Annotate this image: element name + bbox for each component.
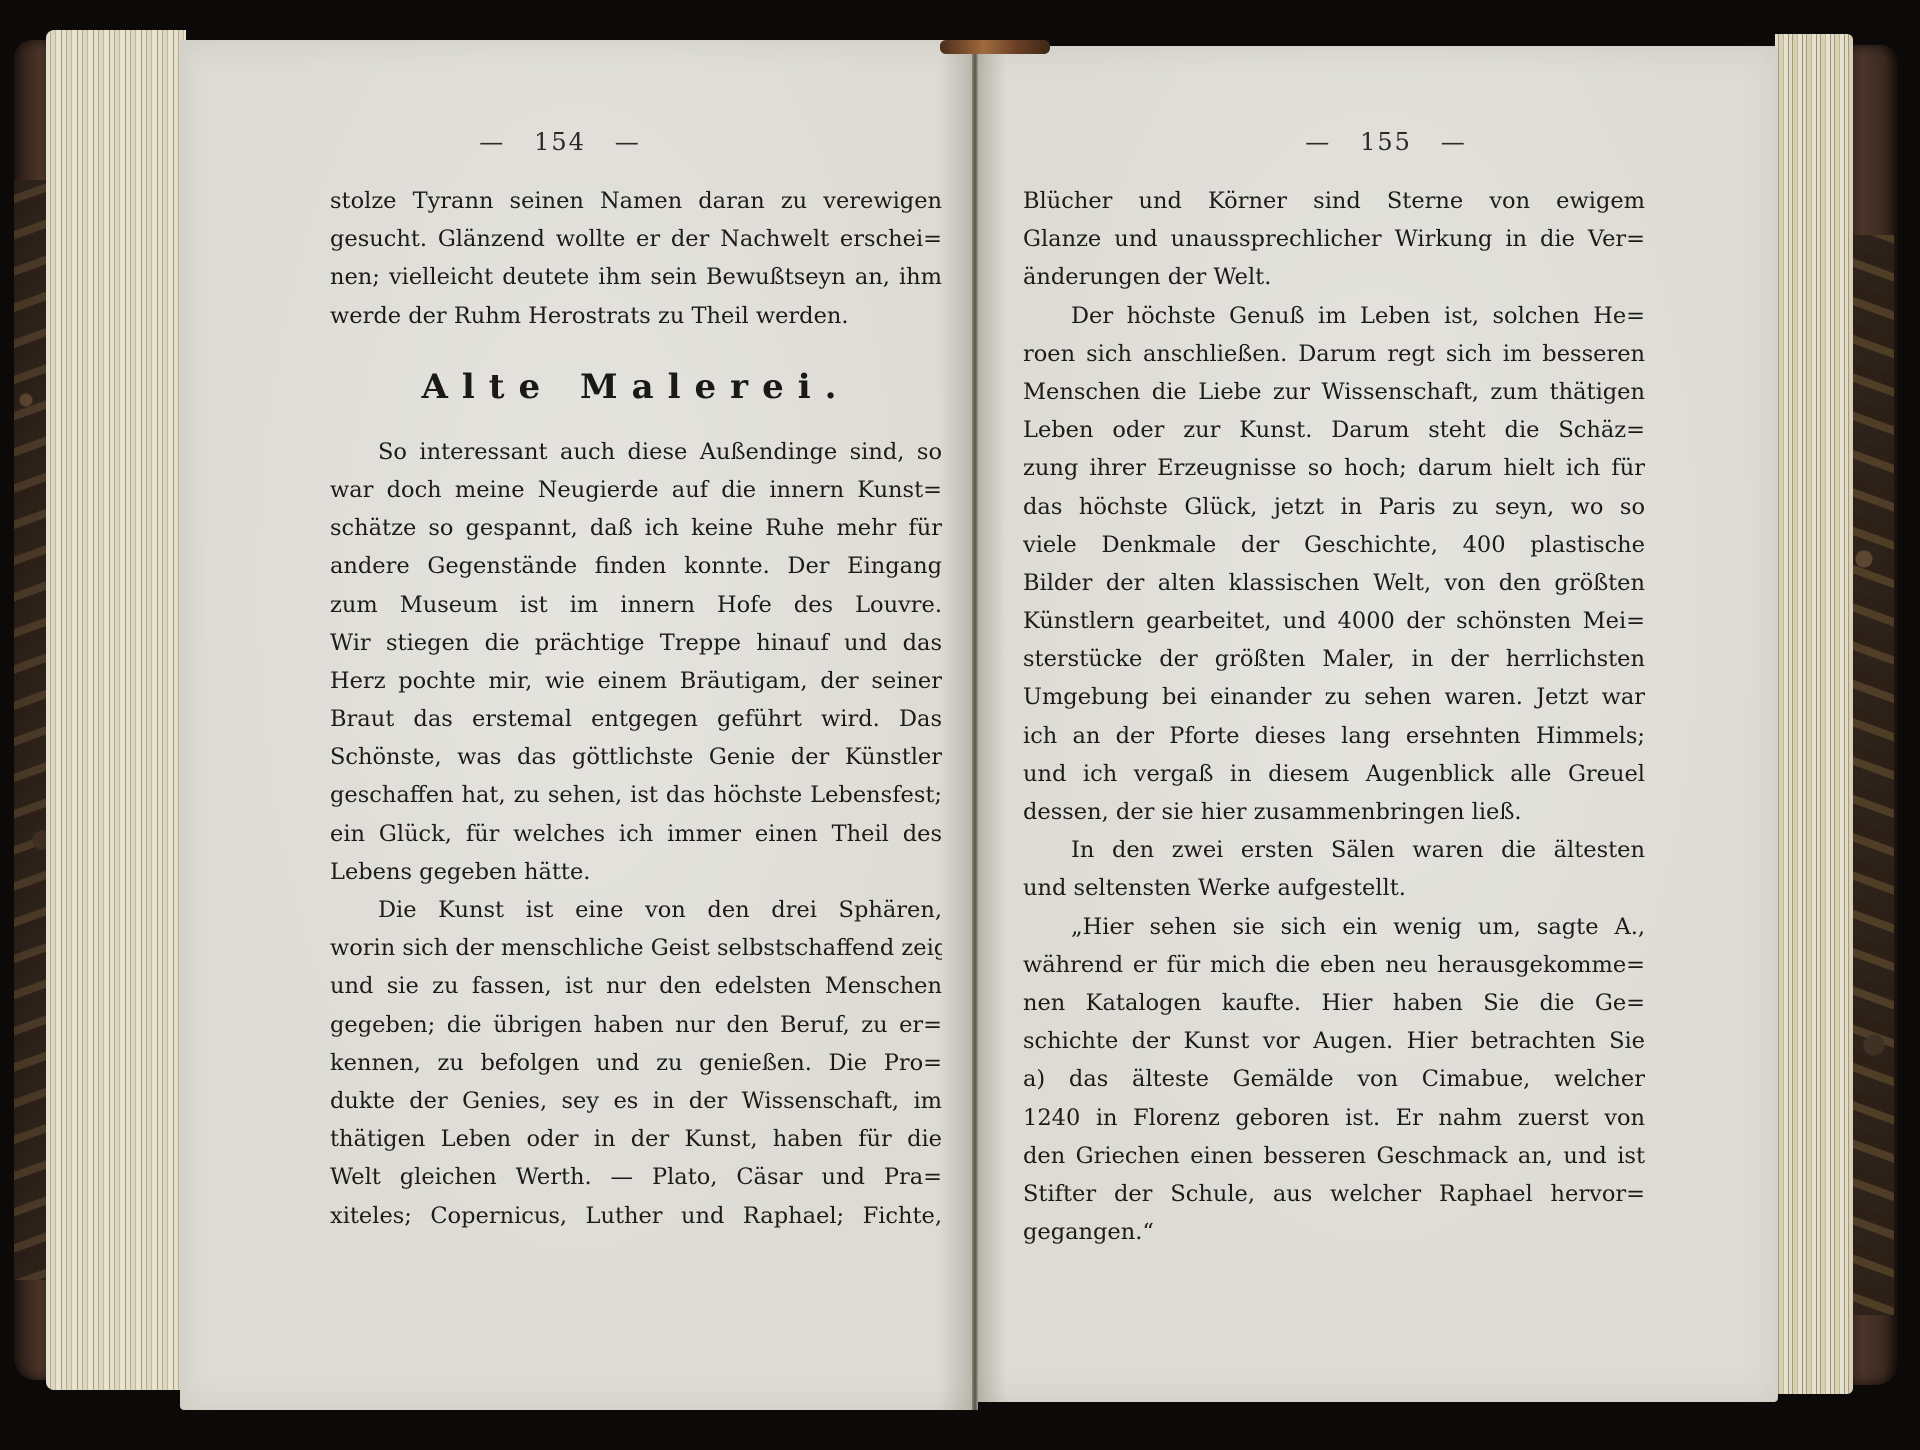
text-line: zum Museum ist im innern Hofe des Louvre…: [330, 586, 942, 624]
text-line: gegangen.“: [1023, 1213, 1645, 1251]
text-line: schätze so gespannt, daß ich keine Ruhe …: [330, 509, 942, 547]
text-line: worin sich der menschliche Geist selbsts…: [330, 929, 942, 967]
left-page: — 154 — stolze Tyrann seinen Namen daran…: [180, 40, 978, 1410]
text-line: und ich vergaß in diesem Augenblick alle…: [1023, 755, 1645, 793]
spine-headband: [940, 40, 1050, 54]
page-edges-left: [46, 30, 186, 1390]
text-line: ich an der Pforte dieses lang ersehnten …: [1023, 717, 1645, 755]
text-line: und sie zu fassen, ist nur den edelsten …: [330, 967, 942, 1005]
book-gutter: [972, 44, 978, 1410]
text-line: gegeben; die übrigen haben nur den Beruf…: [330, 1006, 942, 1044]
page-number-155: — 155 —: [1006, 128, 1766, 156]
text-line: nen; vielleicht deutete ihm sein Bewußts…: [330, 258, 942, 296]
text-line: Künstlern gearbeitet, und 4000 der schön…: [1023, 602, 1645, 640]
text-line: ein Glück, für welches ich immer einen T…: [330, 815, 942, 853]
text-line: stolze Tyrann seinen Namen daran zu vere…: [330, 182, 942, 220]
text-line: thätigen Leben oder in der Kunst, haben …: [330, 1120, 942, 1158]
text-line: werde der Ruhm Herostrats zu Theil werde…: [330, 297, 942, 335]
text-line: Welt gleichen Werth. — Plato, Cäsar und …: [330, 1158, 942, 1196]
text-line: Glanze und unaussprechlicher Wirkung in …: [1023, 220, 1645, 258]
text-line: 1240 in Florenz geboren ist. Er nahm zue…: [1023, 1099, 1645, 1137]
text-line: geschaffen hat, zu sehen, ist das höchst…: [330, 776, 942, 814]
text-line: Bilder der alten klassischen Welt, von d…: [1023, 564, 1645, 602]
text-line: So interessant auch diese Außendinge sin…: [330, 433, 942, 471]
text-line: Umgebung bei einander zu sehen waren. Je…: [1023, 678, 1645, 716]
text-line: dukte der Genies, sey es in der Wissensc…: [330, 1082, 942, 1120]
right-page: — 155 — Blücher und Körner sind Sterne v…: [976, 46, 1778, 1402]
text-line: Die Kunst ist eine von den drei Sphären,: [330, 891, 942, 929]
text-line: dessen, der sie hier zusammenbringen lie…: [1023, 793, 1645, 831]
text-line: xiteles; Copernicus, Luther und Raphael;…: [330, 1197, 942, 1235]
text-line: Lebens gegeben hätte.: [330, 853, 942, 891]
text-line: änderungen der Welt.: [1023, 258, 1645, 296]
text-line: „Hier sehen sie sich ein wenig um, sagte…: [1023, 908, 1645, 946]
text-line: viele Denkmale der Geschichte, 400 plast…: [1023, 526, 1645, 564]
section-heading: Alte Malerei.: [330, 347, 942, 427]
text-line: das höchste Glück, jetzt in Paris zu sey…: [1023, 488, 1645, 526]
page-edges-right: [1775, 34, 1853, 1394]
page-number-154: — 154 —: [180, 128, 940, 156]
text-line: kennen, zu befolgen und zu genießen. Die…: [330, 1044, 942, 1082]
text-line: a) das älteste Gemälde von Cimabue, welc…: [1023, 1060, 1645, 1098]
text-line: In den zwei ersten Sälen waren die ältes…: [1023, 831, 1645, 869]
text-line: Braut das erstemal entgegen geführt wird…: [330, 700, 942, 738]
text-line: gesucht. Glänzend wollte er der Nachwelt…: [330, 220, 942, 258]
text-line: Menschen die Liebe zur Wissenschaft, zum…: [1023, 373, 1645, 411]
text-line: Der höchste Genuß im Leben ist, solchen …: [1023, 297, 1645, 335]
text-line: Schönste, was das göttlichste Genie der …: [330, 738, 942, 776]
text-line: andere Gegenstände finden konnte. Der Ei…: [330, 547, 942, 585]
text-line: und seltensten Werke aufgestellt.: [1023, 869, 1645, 907]
text-line: zung ihrer Erzeugnisse so hoch; darum hi…: [1023, 449, 1645, 487]
text-line: roen sich anschließen. Darum regt sich i…: [1023, 335, 1645, 373]
text-line: Stifter der Schule, aus welcher Raphael …: [1023, 1175, 1645, 1213]
text-line: Leben oder zur Kunst. Darum steht die Sc…: [1023, 411, 1645, 449]
text-line: den Griechen einen besseren Geschmack an…: [1023, 1137, 1645, 1175]
left-page-text: stolze Tyrann seinen Namen daran zu vere…: [330, 182, 942, 1235]
text-line: nen Katalogen kaufte. Hier haben Sie die…: [1023, 984, 1645, 1022]
text-line: war doch meine Neugierde auf die innern …: [330, 471, 942, 509]
text-line: schichte der Kunst vor Augen. Hier betra…: [1023, 1022, 1645, 1060]
text-line: Herz pochte mir, wie einem Bräutigam, de…: [330, 662, 942, 700]
text-line: Blücher und Körner sind Sterne von ewige…: [1023, 182, 1645, 220]
text-line: sterstücke der größten Maler, in der her…: [1023, 640, 1645, 678]
text-line: während er für mich die eben neu herausg…: [1023, 946, 1645, 984]
text-line: Wir stiegen die prächtige Treppe hinauf …: [330, 624, 942, 662]
right-page-text: Blücher und Körner sind Sterne von ewige…: [1023, 182, 1645, 1251]
